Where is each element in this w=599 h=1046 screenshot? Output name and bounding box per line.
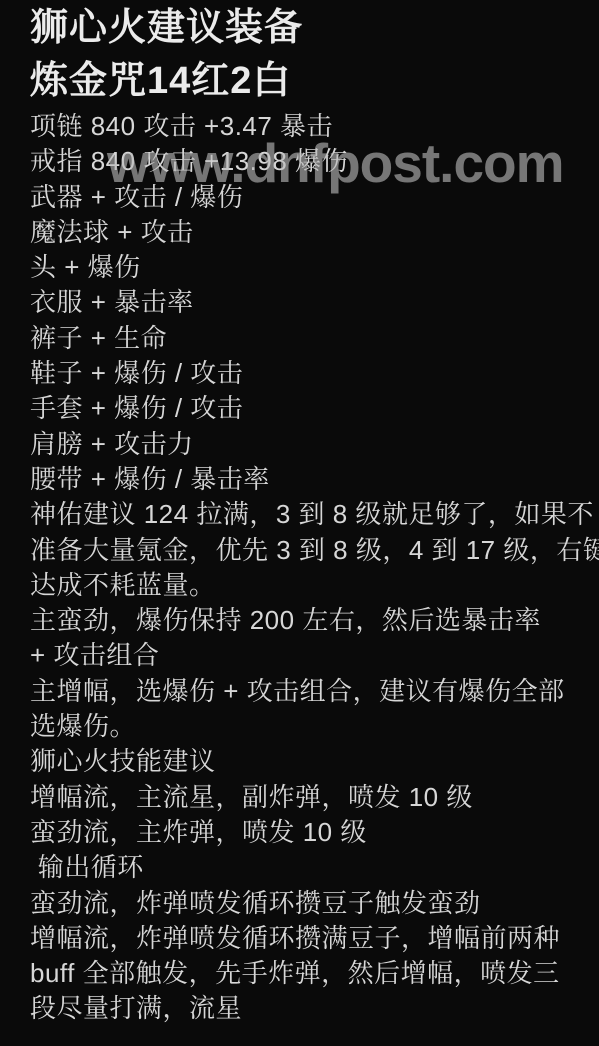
text-line: 准备大量氪金，优先 3 到 8 级，4 到 17 级，右键 (30, 533, 599, 568)
text-line: 肩膀 + 攻击力 (30, 427, 599, 462)
text-line: 戒指 840 攻击 +13.98 爆伤 (30, 144, 599, 179)
post-title-line2: 炼金咒14红2白 (30, 55, 303, 108)
text-line: 手套 + 爆伤 / 攻击 (30, 391, 599, 426)
post-title-line1: 狮心火建议装备 (30, 2, 303, 55)
text-line: 狮心火技能建议 (30, 744, 599, 779)
text-line: 达成不耗蓝量。 (30, 568, 599, 603)
text-line: 武器 + 攻击 / 爆伤 (30, 180, 599, 215)
text-line: buff 全部触发，先手炸弹，然后增幅，喷发三 (30, 956, 599, 991)
text-line: 腰带 + 爆伤 / 暴击率 (30, 462, 599, 497)
text-line: 魔法球 + 攻击 (30, 215, 599, 250)
text-line: 鞋子 + 爆伤 / 攻击 (30, 356, 599, 391)
text-line: 选爆伤。 (30, 709, 599, 744)
text-line: 头 + 爆伤 (30, 250, 599, 285)
text-line: 段尽量打满，流星 (30, 991, 599, 1026)
post-screen: 狮心火建议装备 炼金咒14红2白 项链 840 攻击 +3.47 暴击 戒指 8… (0, 0, 599, 1046)
text-line: 增幅流，主流星，副炸弹，喷发 10 级 (30, 780, 599, 815)
post-body: 项链 840 攻击 +3.47 暴击 戒指 840 攻击 +13.98 爆伤 武… (30, 109, 599, 1027)
text-line: 项链 840 攻击 +3.47 暴击 (30, 109, 599, 144)
text-line: 蛮劲流，主炸弹，喷发 10 级 (30, 815, 599, 850)
text-line: 主蛮劲，爆伤保持 200 左右，然后选暴击率 (30, 603, 599, 638)
text-line: 神佑建议 124 拉满，3 到 8 级就足够了，如果不 (30, 497, 599, 532)
text-line: 增幅流，炸弹喷发循环攒满豆子，增幅前两种 (30, 921, 599, 956)
text-line: 输出循环 (30, 850, 599, 885)
text-line: 裤子 + 生命 (30, 321, 599, 356)
text-line: 蛮劲流，炸弹喷发循环攒豆子触发蛮劲 (30, 886, 599, 921)
text-line: 衣服 + 暴击率 (30, 285, 599, 320)
text-line: 主增幅，选爆伤 + 攻击组合，建议有爆伤全部 (30, 674, 599, 709)
post-title: 狮心火建议装备 炼金咒14红2白 (30, 2, 303, 108)
text-line: + 攻击组合 (30, 638, 599, 673)
